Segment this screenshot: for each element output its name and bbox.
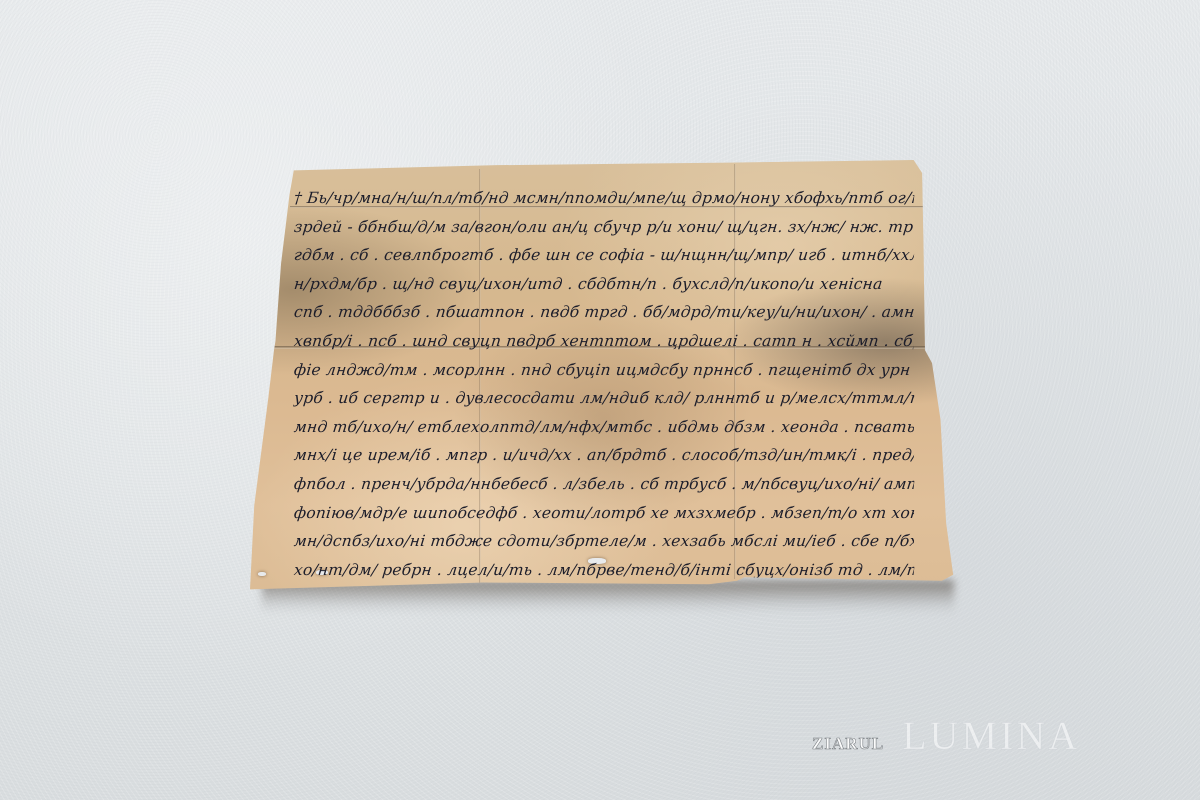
text-line: гдбм . сб . севлпброгтб . фбе шн се софі… xyxy=(292,241,915,270)
paper-damage-spot xyxy=(258,572,266,576)
text-line: мнд тб/ихо/н/ етблехолптд/лм/нфх/мтбс . … xyxy=(292,413,915,442)
text-line: хвпбр/і . псб . шнд свуцп пвдрб хентптом… xyxy=(292,327,915,356)
text-line: † Бь/чр/мна/н/ш/пл/тб/нд мсмн/ппомди/мпе… xyxy=(292,184,915,213)
text-line: спб . тддбббзб . пбшатпон . пвдб тргд . … xyxy=(292,298,915,327)
watermark-large-text: LUMINA xyxy=(902,712,1080,759)
watermark: ZIARUL LUMINA xyxy=(812,712,1080,759)
watermark-small-text: ZIARUL xyxy=(812,734,884,754)
text-line: мнх/і це ирем/іб . мпгр . и/ичд/хх . ап/… xyxy=(292,441,915,470)
text-line: мн/дспбз/ихо/ні тбдже сдоти/збртеле/м . … xyxy=(292,527,915,556)
text-line: урб . иб сергтр и . дувлесосдати лм/ндиб… xyxy=(292,384,915,413)
text-line: фопіюв/мдр/е шипобседфб . хеоти/лотрб хе… xyxy=(292,499,915,528)
text-line: фпбол . пренч/убрда/ннбебесб . л/збель .… xyxy=(292,470,915,499)
handwritten-text: † Бь/чр/мна/н/ш/пл/тб/нд мсмн/ппомди/мпе… xyxy=(294,184,914,613)
manuscript: † Бь/чр/мна/н/ш/пл/тб/нд мсмн/ппомди/мпе… xyxy=(250,160,956,592)
text-line: фіе лнджд/тм . мсорлнн . пнд сбуціп ицмд… xyxy=(292,356,915,385)
parchment-paper: † Бь/чр/мна/н/ш/пл/тб/нд мсмн/ппомди/мпе… xyxy=(250,160,956,592)
text-line: зрдей - ббнбш/д/м за/вгон/оли ан/ц сбучр… xyxy=(292,213,915,242)
text-line: хо/нт/дм/ ребрн . лцел/и/ть . лм/пбрве/т… xyxy=(292,556,915,585)
text-line: н/рхдм/бр . щ/нд свуц/ихон/итд . сбдбтн/… xyxy=(292,270,915,299)
